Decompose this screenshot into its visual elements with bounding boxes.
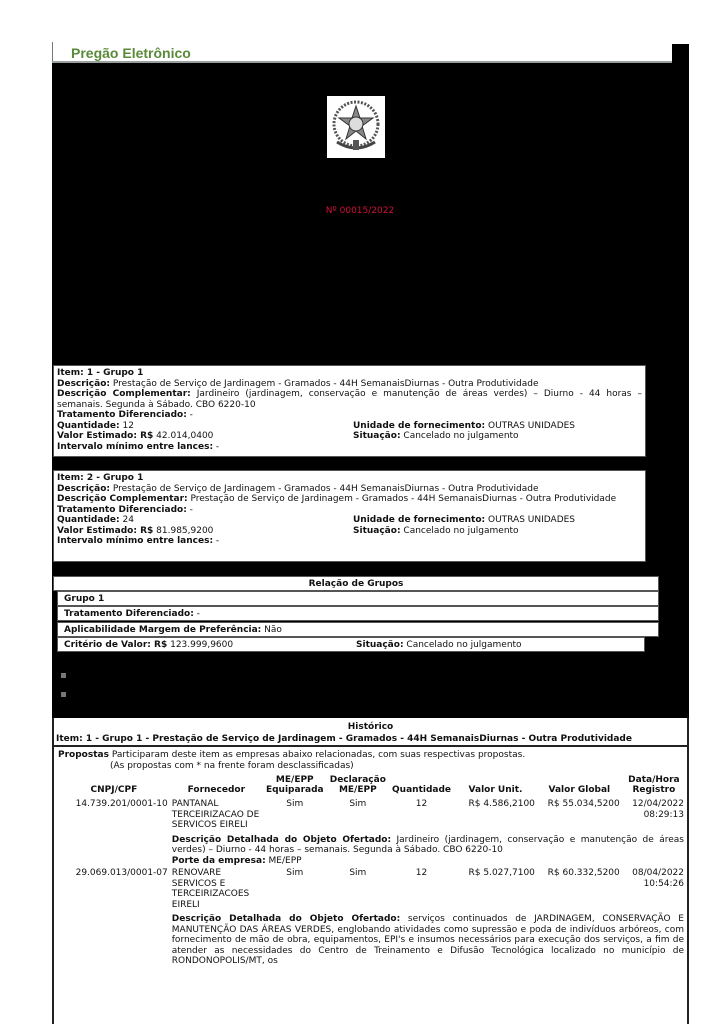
fornecedor-cell: PANTANAL TERCEIRIZACAO DE SERVICOS EIREL… (170, 795, 263, 831)
col-cnpj: CNPJ/CPF (58, 775, 170, 795)
grupo-margem: Aplicabilidade Margem de Preferência: Nã… (57, 622, 659, 637)
unidade-label: Unidade de fornecimento: (353, 515, 485, 525)
complementar-label: Descrição Complementar: (57, 494, 188, 504)
criterio-label: Critério de Valor: R$ (64, 640, 167, 650)
valor-global-cell: R$ 60.332,5200 (537, 866, 622, 910)
propostas-table: CNPJ/CPF Fornecedor ME/EPP Equiparada De… (58, 775, 686, 967)
quantidade-label: Quantidade: (57, 421, 120, 431)
detalhe-cell: Descrição Detalhada do Objeto Ofertado: … (170, 831, 686, 867)
tratamento-label: Tratamento Diferenciado: (57, 505, 187, 515)
detalhe-cell: Descrição Detalhada do Objeto Ofertado: … (170, 910, 686, 967)
valor-unit-cell: R$ 5.027,7100 (454, 866, 537, 910)
col-me-epp: ME/EPP Equiparada (263, 775, 327, 795)
detalhe-label: Descrição Detalhada do Objeto Ofertado: (172, 835, 391, 845)
situacao-label: Situação: (353, 431, 401, 441)
cnpj-cell: 29.069.013/0001-07 (58, 866, 170, 910)
valor-value: 81.985,9200 (156, 526, 213, 536)
me-epp-cell: Sim (263, 866, 327, 910)
cnpj-cell: 14.739.201/0001-10 (58, 795, 170, 831)
situacao-label: Situação: (353, 526, 401, 536)
historico-section: Histórico Item: 1 - Grupo 1 - Prestação … (52, 718, 689, 1024)
situacao-label: Situação: (356, 640, 404, 650)
porte-label: Porte da empresa: (172, 856, 266, 866)
pregao-number: Nº 00015/2022 (300, 206, 420, 216)
me-epp-cell: Sim (263, 795, 327, 831)
grupo-name: Grupo 1 (57, 591, 659, 606)
page-title: Pregão Eletrônico (71, 45, 191, 61)
col-valor-unit: Valor Unit. (454, 775, 537, 795)
valor-value: 42.014,0400 (156, 431, 213, 441)
descricao-value: Prestação de Serviço de Jardinagem - Gra… (113, 484, 539, 494)
complementar-label: Descrição Complementar: (57, 389, 191, 399)
grupo-label: Grupo 1 (64, 594, 104, 604)
col-valor-global: Valor Global (537, 775, 622, 795)
unidade-label: Unidade de fornecimento: (353, 421, 485, 431)
item-card-1: Item: 1 - Grupo 1 Descrição: Prestação d… (53, 365, 646, 457)
quantidade-value: 12 (122, 421, 133, 431)
table-row-detail: Descrição Detalhada do Objeto Ofertado: … (58, 910, 686, 967)
bullet-icon (61, 692, 66, 697)
valor-unit-cell: R$ 4.586,2100 (454, 795, 537, 831)
quantidade-label: Quantidade: (57, 515, 120, 525)
unidade-value: OUTRAS UNIDADES (488, 421, 575, 431)
grupo-tratamento: Tratamento Diferenciado: - (57, 606, 659, 621)
descricao-label: Descrição: (57, 379, 110, 389)
propostas-text: Participaram deste item as empresas abai… (112, 750, 525, 760)
propostas-note: (As propostas com * na frente foram desc… (54, 761, 687, 772)
intervalo-label: Intervalo mínimo entre lances: (57, 536, 213, 546)
col-quantidade: Quantidade (389, 775, 454, 795)
intervalo-value: - (216, 536, 219, 546)
col-fornecedor: Fornecedor (170, 775, 263, 795)
col-data-hora: Data/Hora Registro (622, 775, 686, 795)
fornecedor-cell: RENOVARE SERVICOS E TERCEIRIZACOES EIREL… (170, 866, 263, 910)
valor-label: Valor Estimado: R$ (57, 431, 153, 441)
situacao-value: Cancelado no julgamento (403, 431, 518, 441)
descricao-label: Descrição: (57, 484, 110, 494)
table-row-detail: Descrição Detalhada do Objeto Ofertado: … (58, 831, 686, 867)
table-row: 14.739.201/0001-10 PANTANAL TERCEIRIZACA… (58, 795, 686, 831)
table-header: CNPJ/CPF Fornecedor ME/EPP Equiparada De… (58, 775, 686, 795)
valor-global-cell: R$ 55.034,5200 (537, 795, 622, 831)
coat-of-arms-icon (327, 96, 385, 158)
declaracao-cell: Sim (327, 795, 389, 831)
historico-item-title: Item: 1 - Grupo 1 - Prestação de Serviço… (54, 733, 687, 747)
data-value: 12/04/2022 (624, 799, 684, 810)
situacao-value: Cancelado no julgamento (403, 526, 518, 536)
intervalo-value: - (216, 442, 219, 452)
criterio-value: 123.999,9600 (170, 640, 233, 650)
item-heading: Item: 2 - Grupo 1 (57, 473, 143, 483)
quantidade-value: 24 (122, 515, 133, 525)
data-hora-cell: 12/04/2022 08:29:13 (622, 795, 686, 831)
tratamento-value: - (190, 505, 193, 515)
item-card-2: Item: 2 - Grupo 1 Descrição: Prestação d… (53, 470, 646, 562)
tratamento-label: Tratamento Diferenciado: (57, 410, 187, 420)
unidade-value: OUTRAS UNIDADES (488, 515, 575, 525)
grupos-title: Relação de Grupos (53, 576, 659, 591)
intervalo-label: Intervalo mínimo entre lances: (57, 442, 213, 452)
declaracao-cell: Sim (327, 866, 389, 910)
descricao-value: Prestação de Serviço de Jardinagem - Gra… (113, 379, 539, 389)
title-bar: Pregão Eletrônico (52, 42, 673, 62)
quantidade-cell: 12 (389, 795, 454, 831)
grupo-criterio: Critério de Valor: R$ 123.999,9600 Situa… (57, 637, 645, 652)
hora-value: 08:29:13 (624, 810, 684, 821)
margem-label: Aplicabilidade Margem de Preferência: (64, 625, 261, 635)
historico-title: Histórico (54, 722, 687, 733)
data-hora-cell: 08/04/2022 10:54:26 (622, 866, 686, 910)
complementar-value: Prestação de Serviço de Jardinagem - Gra… (191, 494, 617, 504)
data-value: 08/04/2022 (624, 868, 684, 879)
hora-value: 10:54:26 (624, 879, 684, 890)
detalhe-label: Descrição Detalhada do Objeto Ofertado: (172, 914, 400, 924)
tratamento-value: - (190, 410, 193, 420)
col-declaracao: Declaração ME/EPP (327, 775, 389, 795)
propostas-label: Propostas (58, 750, 109, 760)
margem-value: Não (264, 625, 282, 635)
title-divider (52, 61, 672, 63)
tratamento-value: - (197, 609, 200, 619)
quantidade-cell: 12 (389, 866, 454, 910)
tratamento-label: Tratamento Diferenciado: (64, 609, 194, 619)
table-row: 29.069.013/0001-07 RENOVARE SERVICOS E T… (58, 866, 686, 910)
bullet-icon (61, 673, 66, 678)
valor-label: Valor Estimado: R$ (57, 526, 153, 536)
black-redaction (672, 44, 689, 64)
porte-value: ME/EPP (269, 856, 302, 866)
item-heading: Item: 1 - Grupo 1 (57, 368, 143, 378)
situacao-value: Cancelado no julgamento (406, 640, 521, 650)
